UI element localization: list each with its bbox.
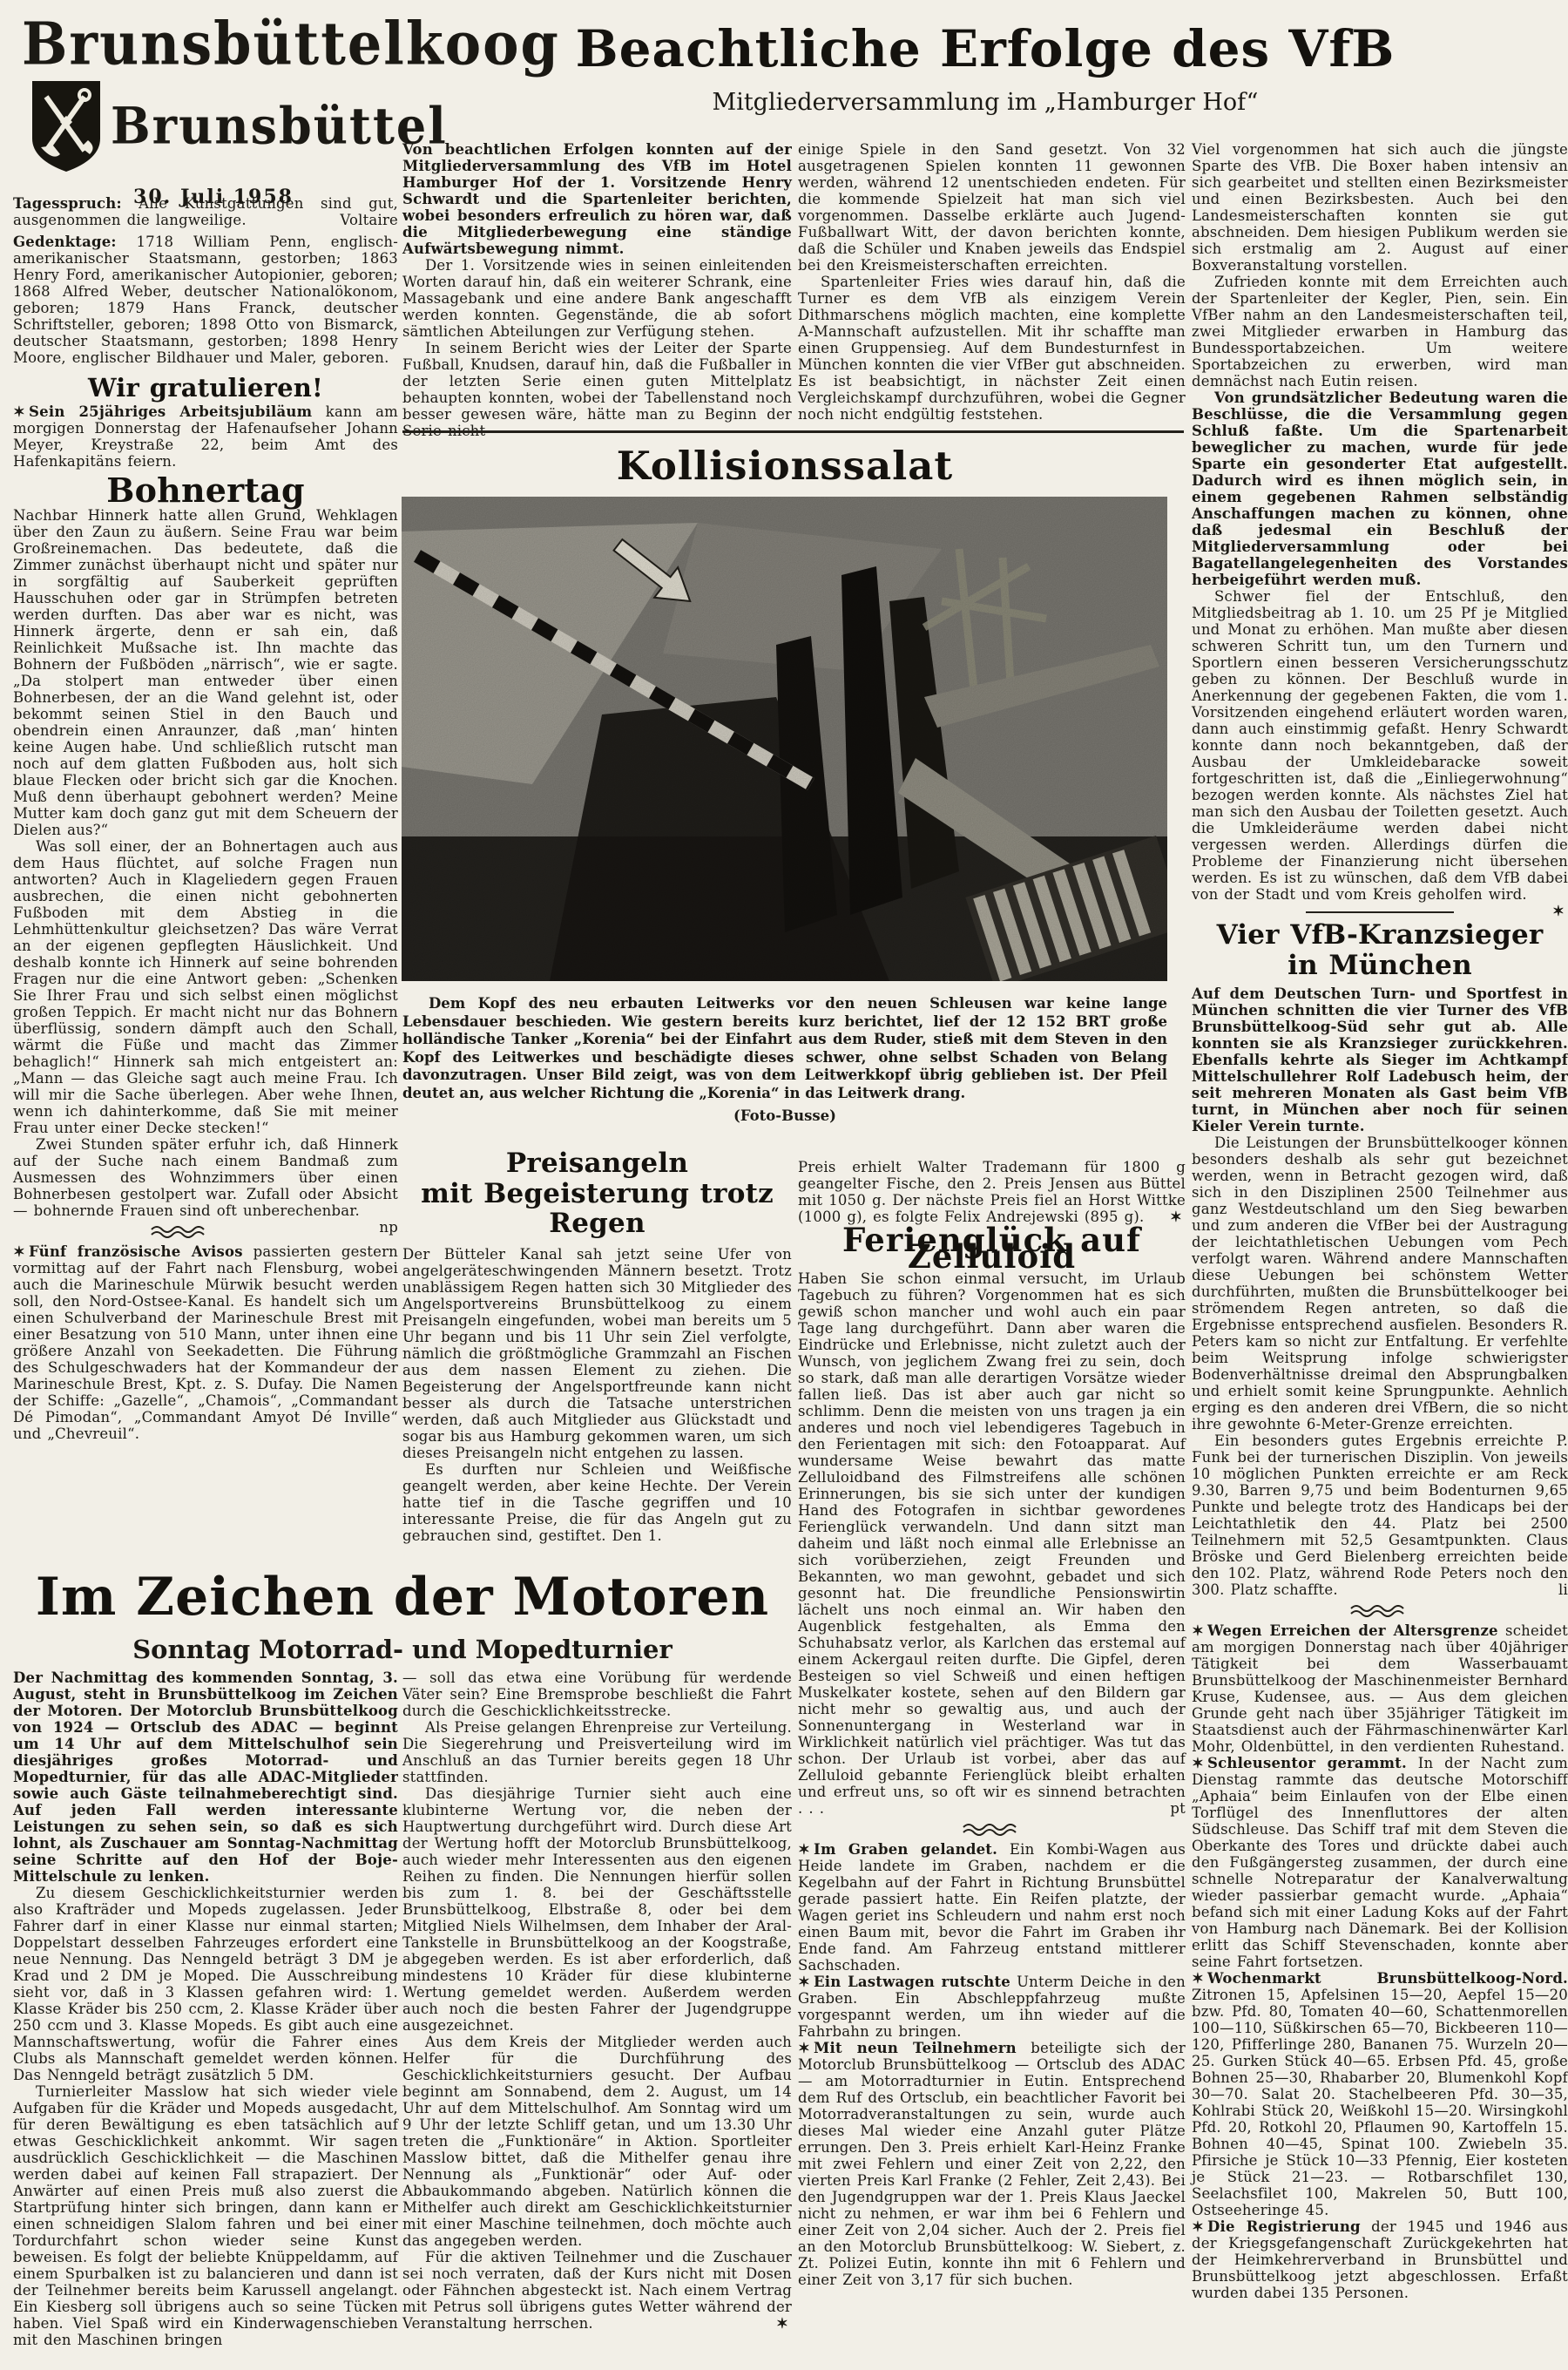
star-icon: ✶ <box>13 403 29 420</box>
page-subhead: Mitgliederversammlung im „Hamburger Hof“ <box>402 89 1568 116</box>
feriengluck-heading: Ferienglück auf Zelluloid <box>798 1232 1186 1265</box>
tagesspruch: Tagesspruch: Alle Kunstgattungen sind gu… <box>13 195 398 228</box>
star-icon: ✶ <box>1521 903 1568 919</box>
star-icon: ✶ <box>1192 2218 1207 2235</box>
column-4-flow: Viel vorgenommen hat sich auch die jüngs… <box>1192 141 1568 2301</box>
author-initials: np <box>348 1219 398 1236</box>
vfb-paragraph: Der 1. Vorsitzende wies in seinen einlei… <box>402 257 792 340</box>
motor-paragraph: — soll das etwa eine Vorübung für werden… <box>402 1669 792 1719</box>
vfb-paragraph: Spartenleiter Fries wies darauf hin, daß… <box>798 274 1186 423</box>
author-initials: pt <box>1161 1800 1186 1817</box>
masthead-title-line1: Brunsbüttelkoog <box>22 10 405 78</box>
star-icon: ✶ <box>798 1841 814 1858</box>
kranzsieger-paragraph: Die Leistungen der Brunsbüttelkooger kön… <box>1192 1134 1568 1432</box>
feriengluck-paragraph: Haben Sie schon einmal versucht, im Urla… <box>798 1270 1186 1817</box>
squiggle-divider <box>1349 1605 1410 1617</box>
masthead: Brunsbüttelkoog Brunsbüttel <box>22 12 405 208</box>
lastwagen-item: ✶Ein Lastwagen rutschte Unterm Deiche in… <box>798 1974 1186 2040</box>
star-icon: ✶ <box>798 1974 814 1990</box>
motor-headline-block: Im Zeichen der Motoren Sonntag Motorrad-… <box>13 1567 792 1664</box>
bohnertag-paragraph: Zwei Stunden später erfuhr ich, daß Hinn… <box>13 1136 398 1219</box>
preisangeln-heading: Preisangelnmit Begeisterung trotz Regen <box>402 1148 792 1239</box>
preisangeln-paragraph: Der Bütteler Kanal sah jetzt seine Ufer … <box>402 1246 792 1461</box>
photo-credit: (Foto-Busse) <box>402 1107 1167 1126</box>
star-icon: ✶ <box>13 1243 29 1260</box>
star-icon: ✶ <box>1161 1209 1186 1225</box>
star-icon: ✶ <box>798 2040 814 2056</box>
graben-item: ✶Im Graben gelandet. Ein Kombi-Wagen aus… <box>798 1841 1186 1974</box>
tagesspruch-author: Voltaire <box>340 212 398 228</box>
column-1-upper: Tagesspruch: Alle Kunstgattungen sind gu… <box>13 195 398 1442</box>
motor-subhead: Sonntag Motorrad- und Mopedturnier <box>13 1635 792 1664</box>
vfb-column-2: Von beachtlichen Erfolgen konnten auf de… <box>402 141 792 439</box>
schleusentor-item: ✶Schleusentor gerammt. In der Nacht zum … <box>1192 1755 1568 1970</box>
column-3-lower: Preis erhielt Walter Trademann für 1800 … <box>798 1159 1186 2288</box>
vfb-paragraph: einige Spiele in den Sand gesetzt. Von 3… <box>798 141 1186 274</box>
star-icon: ✶ <box>1192 1622 1207 1639</box>
eutin-item: ✶Mit neun Teilnehmern beteiligte sich de… <box>798 2040 1186 2288</box>
section-rule <box>1306 911 1454 913</box>
motor-headline: Im Zeichen der Motoren <box>13 1567 792 1628</box>
bohnertag-heading: Bohnertag <box>13 482 398 498</box>
masthead-row: Brunsbüttel <box>22 78 405 173</box>
vfb-paragraph: In seinem Bericht wies der Leiter der Sp… <box>402 340 792 439</box>
kranzsieger-paragraph: Ein besonders gutes Ergebnis erreichte P… <box>1192 1432 1568 1598</box>
kollision-heading: Kollisionssalat <box>402 443 1167 489</box>
kranzsieger-paragraph: Auf dem Deutschen Turn- und Sportfest in… <box>1192 985 1568 1134</box>
motor-paragraph: Zu diesem Geschicklichkeitsturnier werde… <box>13 1885 398 2083</box>
motor-column-2: — soll das etwa eine Vorübung für werden… <box>402 1669 792 2332</box>
page-headline: Beachtliche Erfolge des VfB <box>402 19 1568 78</box>
vfb-paragraph: Viel vorgenommen hat sich auch die jüngs… <box>1192 141 1568 274</box>
gratulieren-heading: Wir gratulieren! <box>13 380 398 396</box>
motor-paragraph: Das diesjährige Turnier sieht auch eine … <box>402 1785 792 2034</box>
motor-paragraph: Turnierleiter Masslow hat sich wieder vi… <box>13 2083 398 2348</box>
star-icon: ✶ <box>745 2315 792 2332</box>
gratulieren-item: ✶Sein 25jähriges Arbeitsjubiläum kann am… <box>13 403 398 470</box>
altersgrenze-item: ✶Wegen Erreichen der Altersgrenze scheid… <box>1192 1622 1568 1755</box>
motor-paragraph: Aus dem Kreis der Mitglieder werden auch… <box>402 2034 792 2249</box>
preisangeln-continuation: Preis erhielt Walter Trademann für 1800 … <box>798 1159 1186 1225</box>
section-rule <box>402 430 1184 433</box>
registrierung-item: ✶Die Registrierung der 1945 und 1946 aus… <box>1192 2218 1568 2301</box>
gedenktage-label: Gedenktage: <box>13 234 117 250</box>
preisangeln-article: Preisangelnmit Begeisterung trotz Regen … <box>402 1148 792 1544</box>
tagesspruch-label: Tagesspruch: <box>13 195 122 212</box>
motor-paragraph: Als Preise gelangen Ehrenpreise zur Vert… <box>402 1719 792 1785</box>
vfb-paragraph: Von grundsätzlicher Bedeutung waren die … <box>1192 389 1568 588</box>
preisangeln-paragraph: Es durften nur Schleien und Weißfische g… <box>402 1461 792 1544</box>
bohnertag-paragraph: Nachbar Hinnerk hatte allen Grund, Wehkl… <box>13 507 398 838</box>
squiggle-divider <box>150 1226 211 1238</box>
motor-column-1: Der Nachmittag des kommenden Sonntag, 3.… <box>13 1669 398 2348</box>
wochenmarkt-item: ✶Wochenmarkt Brunsbüttelkoog-Nord. Zitro… <box>1192 1970 1568 2218</box>
kranzsieger-heading: Vier VfB-Kranzsiegerin München <box>1192 920 1568 980</box>
motor-paragraph: Für die aktiven Teilnehmer und die Zusch… <box>402 2249 792 2332</box>
squiggle-divider <box>962 1824 1023 1836</box>
vfb-column-3: einige Spiele in den Sand gesetzt. Von 3… <box>798 141 1186 423</box>
star-icon: ✶ <box>1192 1970 1207 1987</box>
photo-caption: Dem Kopf des neu erbauten Leitwerks vor … <box>402 995 1167 1126</box>
town-crest-icon <box>29 78 104 173</box>
vfb-paragraph: Von beachtlichen Erfolgen konnten auf de… <box>402 141 792 257</box>
masthead-title-line2: Brunsbüttel <box>111 95 448 155</box>
star-icon: ✶ <box>1192 1755 1207 1771</box>
newspaper-page: Brunsbüttelkoog Brunsbüttel <box>0 0 1568 2370</box>
gedenktage: Gedenktage: 1718 William Penn, englisch-… <box>13 234 398 366</box>
vfb-paragraph: Zufrieden konnte mit dem Erreichten auch… <box>1192 274 1568 389</box>
avisos-item: ✶Fünf französische Avisos passierten ges… <box>13 1243 398 1442</box>
wreck-photo <box>402 497 1167 981</box>
vfb-paragraph: Schwer fiel der Entschluß, den Mitglieds… <box>1192 588 1568 903</box>
motor-paragraph: Der Nachmittag des kommenden Sonntag, 3.… <box>13 1669 398 1885</box>
lead-article-headline-block: Beachtliche Erfolge des VfB Mitgliederve… <box>402 19 1568 116</box>
bohnertag-paragraph: Was soll einer, der an Bohnertagen auch … <box>13 838 398 1136</box>
author-initials: li <box>1527 1581 1568 1598</box>
